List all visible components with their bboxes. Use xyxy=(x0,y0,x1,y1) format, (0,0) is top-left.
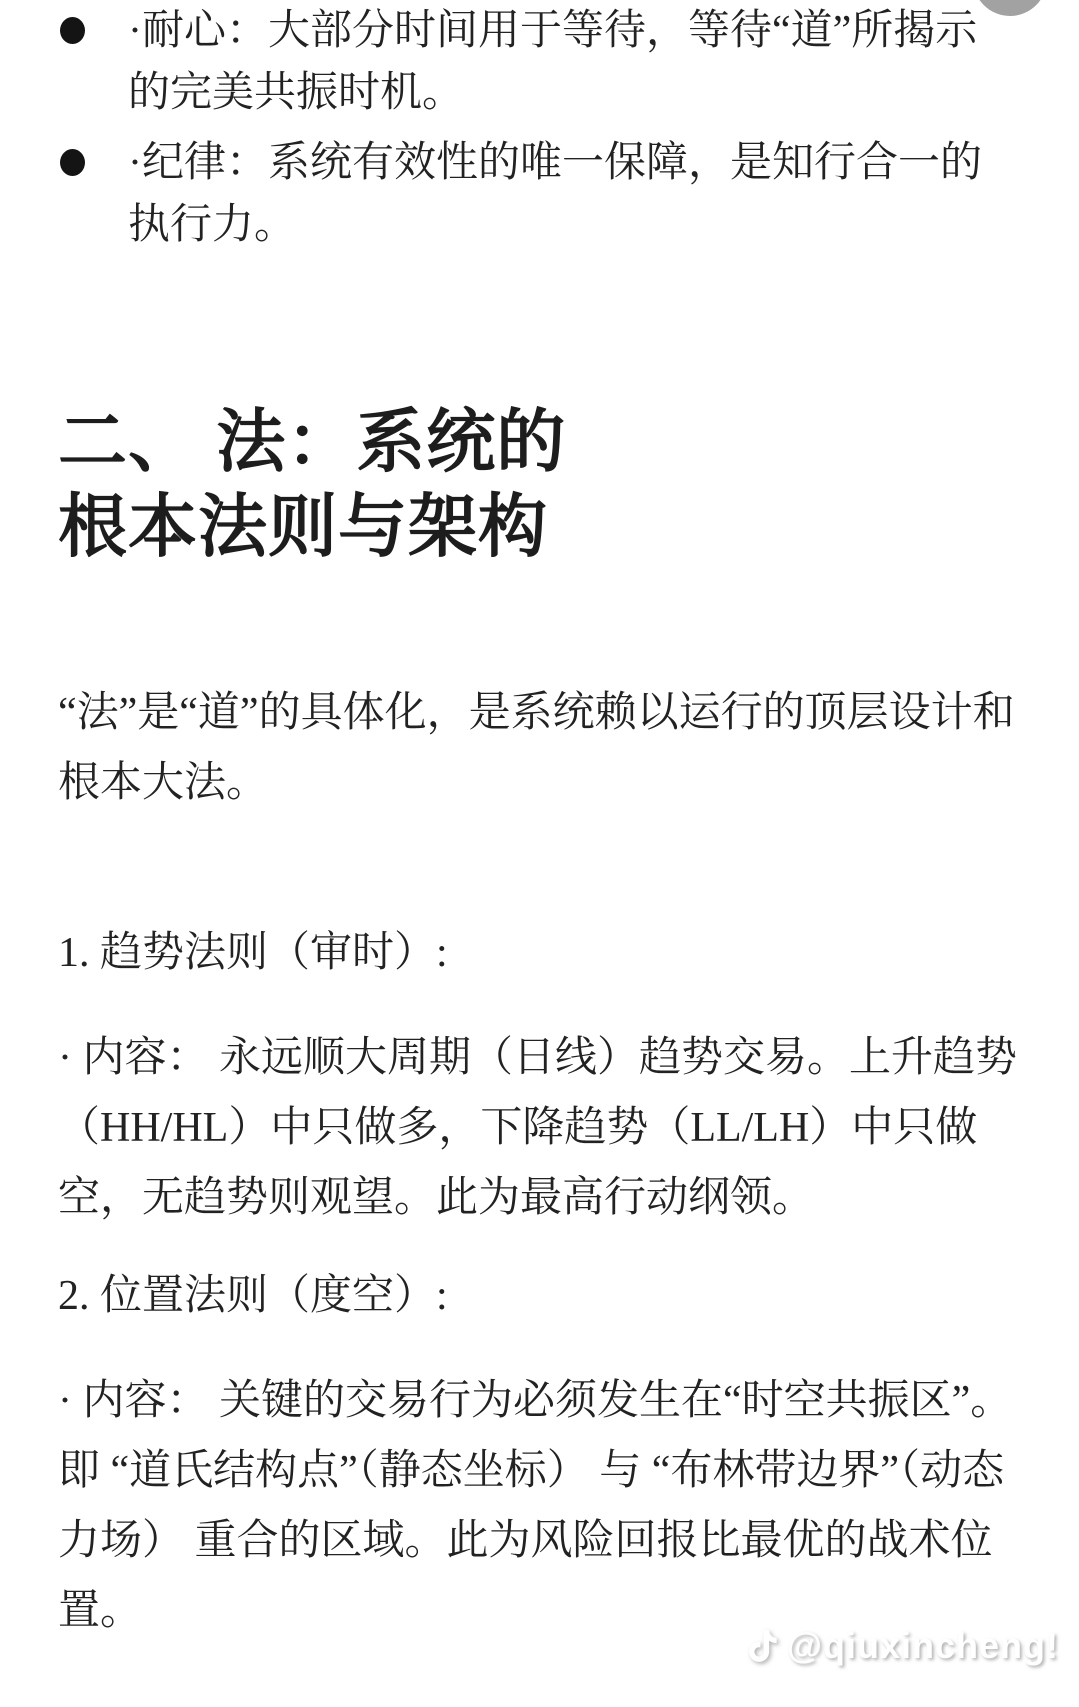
list-item-patience: ·耐心：大部分时间用于等待，等待“道”所揭示的完美共振时机。 xyxy=(58,0,1017,124)
list-item-text: ·纪律：系统有效性的唯一保障，是知行合一的执行力。 xyxy=(128,140,982,248)
rule1-title: 1. 趋势法则（审时）: xyxy=(58,918,1017,988)
rule2-content: · 内容： 关键的交易行为必须发生在“时空共振区”。即 “道氏结构点”（静态坐标… xyxy=(58,1366,1017,1646)
rule2-title: 2. 位置法则（度空）: xyxy=(58,1261,1017,1331)
bullet-dot-icon xyxy=(60,17,85,44)
rule1-content: · 内容： 永远顺大周期（日线）趋势交易。上升趋势（HH/HL）中只做多，下降趋… xyxy=(58,1023,1017,1233)
watermark: @qiuxincheng! xyxy=(744,1625,1059,1667)
section-heading-line-1: 二、 法：系统的 xyxy=(58,400,1017,485)
watermark-handle: @qiuxincheng! xyxy=(787,1625,1059,1667)
section-heading: 二、 法：系统的 根本法则与架构 xyxy=(58,400,1017,570)
document-page: ·耐心：大部分时间用于等待，等待“道”所揭示的完美共振时机。 ·纪律：系统有效性… xyxy=(0,0,1079,1707)
bullet-dot-icon xyxy=(60,149,85,176)
list-item-discipline: ·纪律：系统有效性的唯一保障，是知行合一的执行力。 xyxy=(58,132,1017,256)
list-item-text: ·耐心：大部分时间用于等待，等待“道”所揭示的完美共振时机。 xyxy=(128,8,977,116)
bullet-list: ·耐心：大部分时间用于等待，等待“道”所揭示的完美共振时机。 ·纪律：系统有效性… xyxy=(58,0,1017,256)
section-heading-line-2: 根本法则与架构 xyxy=(58,485,1017,570)
douyin-note-icon xyxy=(744,1627,782,1665)
intro-paragraph: “法”是“道”的具体化，是系统赖以运行的顶层设计和根本大法。 xyxy=(58,678,1017,818)
article-content: ·耐心：大部分时间用于等待，等待“道”所揭示的完美共振时机。 ·纪律：系统有效性… xyxy=(0,0,1079,1646)
